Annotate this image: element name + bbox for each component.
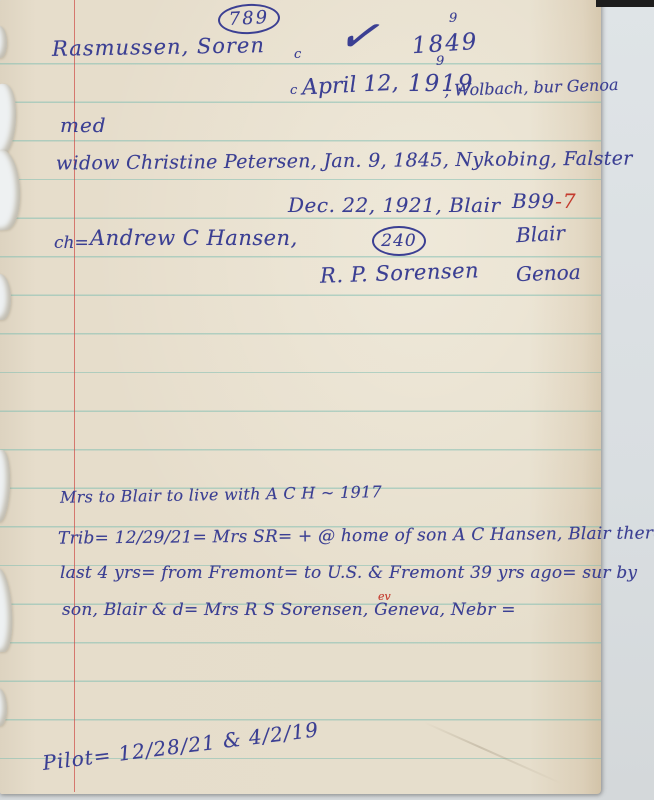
reference-code-suffix: -7 — [555, 189, 576, 213]
obituary-line-2: last 4 yrs= from Fremont= to U.S. & Frem… — [60, 564, 637, 583]
married-label: med — [60, 114, 107, 136]
torn-edge — [0, 26, 7, 58]
scanner-edge-shadow — [596, 0, 654, 7]
birth-year: 1849 — [411, 30, 479, 60]
child-2-place: Genoa — [516, 261, 581, 285]
obituary-line-3: son, Blair & d= Mrs R S Sorensen, Geneva… — [62, 601, 516, 620]
child-1-place: Blair — [515, 222, 565, 247]
checkmark-icon: ✓ — [335, 7, 382, 65]
death-year-correction: 9 — [436, 55, 444, 69]
child-1-name: Andrew C Hansen, — [90, 227, 298, 250]
death-marker: c — [290, 84, 297, 98]
birth-marker: c — [294, 48, 301, 62]
page-number-circled: 789 — [217, 2, 280, 35]
obituary-red-correction: ev — [378, 591, 391, 603]
children-label: ch= — [54, 234, 89, 253]
birth-year-correction: 9 — [449, 12, 457, 26]
reference-code-main: B99 — [512, 189, 555, 213]
record-name: Rasmussen, Soren — [52, 34, 265, 61]
notebook-paper: 789 Rasmussen, Soren c ✓ 1849 9 c April … — [0, 0, 601, 794]
reference-code: B99-7 — [512, 190, 577, 212]
child-1-number-circled: 240 — [372, 226, 426, 256]
scanned-page: 789 Rasmussen, Soren c ✓ 1849 9 c April … — [0, 0, 654, 800]
spouse-death: Dec. 22, 1921, Blair — [288, 194, 501, 216]
death-date: April 12, — [301, 71, 399, 100]
